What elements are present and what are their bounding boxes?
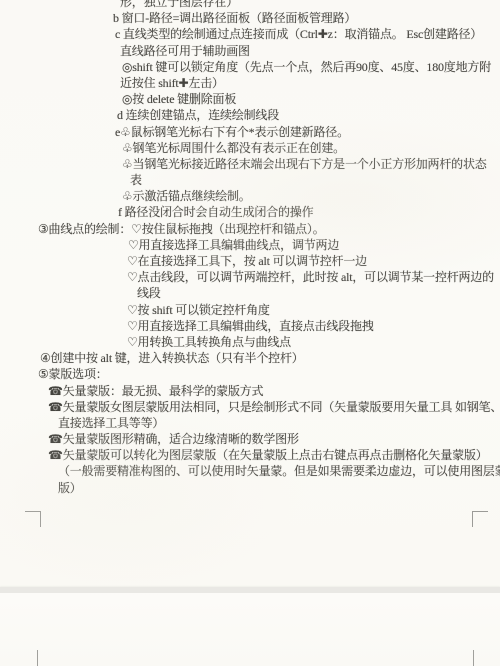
doc-line: ♡在直接选择工具下，按 alt 可以调节控杆一边	[0, 253, 500, 269]
crop-mark-bottom-left-icon	[25, 511, 41, 527]
doc-line: e♧鼠标钢笔光标右下有个*表示创建新路径。	[0, 124, 500, 140]
page-1: 形，独立于图层存在） b 窗口-路径=调出路径面板（路径面板管理路） c 直线类…	[0, 0, 500, 587]
doc-line: c 直线类型的绘制通过点连接而成（Ctrl✚z：取消锚点。 Esc创建路径）	[0, 26, 500, 42]
doc-line: （一般需要精准构图的、可以使用时矢量蒙。但是如果需要柔边虚边，可以使用图层蒙	[0, 463, 500, 479]
doc-line: ☎矢量蒙版：最无损、最科学的蒙版方式	[0, 383, 500, 399]
doc-line: 表	[0, 172, 500, 188]
doc-line: ☎矢量蒙版可以转化为图层蒙版（在矢量蒙版上点击右键点再点击删格化矢量蒙版）	[0, 447, 500, 463]
doc-line: ♡点击线段，可以调节两端控杆，此时按 alt，可以调节某一控杆两边的	[0, 269, 500, 285]
doc-line: 线段	[0, 285, 500, 301]
doc-line: 直线路径可用于辅助画图	[0, 43, 500, 59]
page-2	[0, 593, 500, 666]
doc-line: 近按住 shift✚左击）	[0, 75, 500, 91]
doc-line: ♡用转换工具转换角点与曲线点	[0, 334, 500, 350]
doc-line: ◎shift 键可以锁定角度（先点一个点，然后再90度、45度、180度地方附	[0, 59, 500, 75]
doc-line: ④创建中按 alt 键，进入转换状态（只有半个控杆）	[0, 350, 500, 366]
doc-line: ③曲线点的绘制：♡按住鼠标拖拽（出现控杆和锚点）。	[0, 221, 500, 237]
doc-line: d 连续创建锚点，连续绘制线段	[0, 107, 500, 123]
doc-line: f 路径没闭合时会自动生成闭合的操作	[0, 204, 500, 220]
notes-text-block: 形，独立于图层存在） b 窗口-路径=调出路径面板（路径面板管理路） c 直线类…	[0, 0, 500, 496]
doc-line: ♡用直接选择工具编辑曲线点，调节两边	[0, 237, 500, 253]
doc-line: ♧当钢笔光标接近路径末端会出现右下方是一个小正方形加两杆的状态	[0, 156, 500, 172]
doc-line: b 窗口-路径=调出路径面板（路径面板管理路）	[0, 10, 500, 26]
doc-line: ♧钢笔光标周围什么都没有表示正在创建。	[0, 140, 500, 156]
doc-line: 形，独立于图层存在）	[0, 0, 500, 10]
document-photo: 形，独立于图层存在） b 窗口-路径=调出路径面板（路径面板管理路） c 直线类…	[0, 0, 500, 666]
doc-line: ☎矢量蒙版女图层蒙版用法相同，只是绘制形式不同（矢量蒙版要用矢量工具 如钢笔、	[0, 399, 500, 415]
crop-mark-top-left-icon	[37, 650, 38, 666]
crop-mark-bottom-right-icon	[472, 511, 488, 527]
doc-line: ♡按 shift 可以锁定控杆角度	[0, 302, 500, 318]
doc-line: ⑤蒙版选项：	[0, 366, 500, 382]
doc-line: ◎按 delete 键删除面板	[0, 91, 500, 107]
doc-line: 版）	[0, 480, 500, 496]
doc-line: ♡用直接选择工具编辑曲线，直接点击线段拖拽	[0, 318, 500, 334]
doc-line: ☎矢量蒙版图形精确，适合边缘清晰的数学图形	[0, 431, 500, 447]
doc-line: 直接选择工具等等）	[0, 415, 500, 431]
doc-line: ♧示激活锚点继续绘制。	[0, 188, 500, 204]
crop-mark-top-right-icon	[473, 650, 474, 666]
